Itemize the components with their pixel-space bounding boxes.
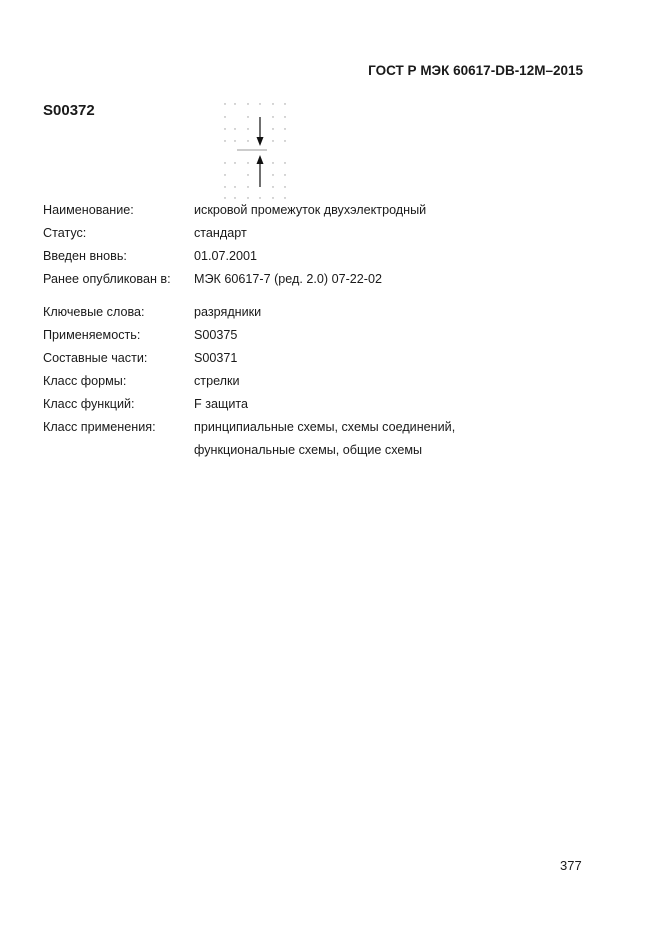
field-value: стандарт (194, 226, 247, 240)
field-label: Ключевые слова: (43, 305, 145, 319)
symbol-code: S00372 (43, 102, 95, 119)
field-label: Статус: (43, 226, 86, 240)
field-value: искровой промежуток двухэлектродный (194, 203, 426, 217)
field-value: МЭК 60617-7 (ред. 2.0) 07-22-02 (194, 272, 382, 286)
field-label: Класс применения: (43, 420, 156, 434)
field-label: Класс функций: (43, 397, 135, 411)
field-label: Наименование: (43, 203, 134, 217)
field-value: F защита (194, 397, 248, 411)
field-value: функциональные схемы, общие схемы (194, 443, 422, 457)
field-label: Введен вновь: (43, 249, 127, 263)
field-value: разрядники (194, 305, 261, 319)
field-value: стрелки (194, 374, 240, 388)
field-label: Составные части: (43, 351, 147, 365)
page-number: 377 (560, 858, 582, 873)
field-label: Класс формы: (43, 374, 126, 388)
spark-gap-symbol-icon (220, 98, 295, 205)
document-header: ГОСТ Р МЭК 60617-DB-12M–2015 (368, 63, 583, 78)
field-value: принципиальные схемы, схемы соединений, (194, 420, 455, 434)
field-label: Ранее опубликован в: (43, 272, 171, 286)
field-value: S00375 (194, 328, 237, 342)
field-value: S00371 (194, 351, 237, 365)
field-label: Применяемость: (43, 328, 140, 342)
field-value: 01.07.2001 (194, 249, 257, 263)
